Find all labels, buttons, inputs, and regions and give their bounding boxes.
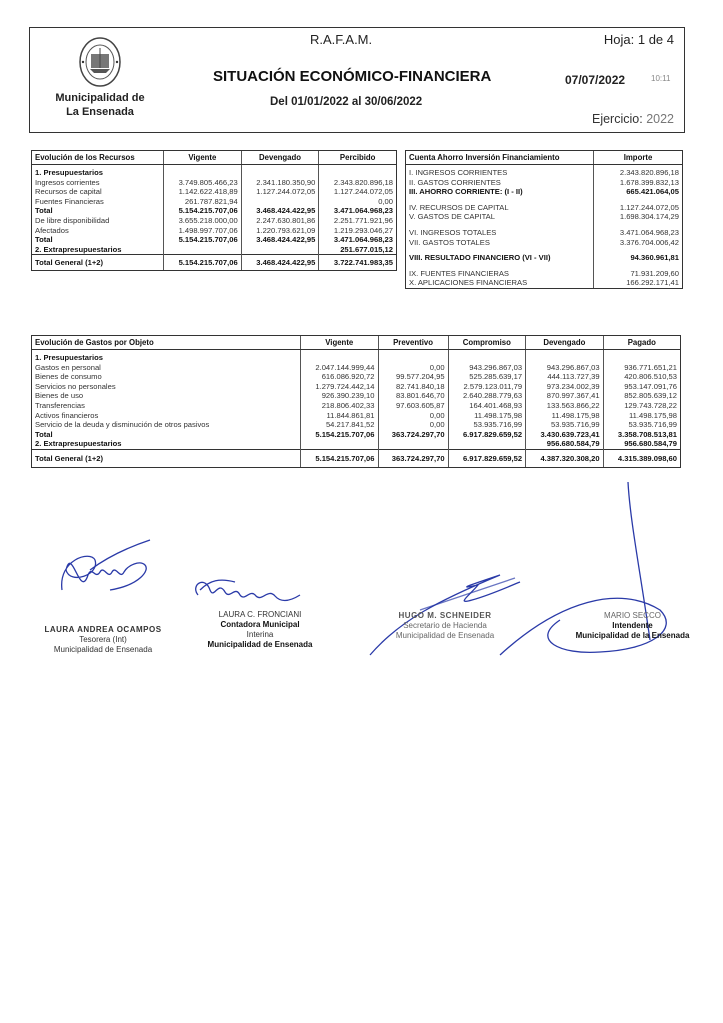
signer-name: LAURA C. FRONCIANI — [190, 610, 330, 620]
signature-block-secretario: HUGO M. SCHNEIDER Secretario de Hacienda… — [370, 611, 520, 641]
signer-org: Municipalidad de Ensenada — [370, 631, 520, 641]
signer-role: Contadora Municipal — [190, 620, 330, 630]
signatures-ink — [0, 0, 723, 1023]
signer-role: Tesorera (Int) — [28, 635, 178, 645]
signature-block-contadora: LAURA C. FRONCIANI Contadora Municipal I… — [190, 610, 330, 650]
signer-org: Municipalidad de Ensenada — [28, 645, 178, 655]
signer-name: MARIO SECCO — [560, 611, 705, 621]
signer-role: Intendente — [560, 621, 705, 631]
signer-org: Municipalidad de la Ensenada — [560, 631, 705, 641]
signer-role-2: Interina — [190, 630, 330, 640]
signer-name: LAURA ANDREA OCAMPOS — [28, 625, 178, 635]
signature-block-intendente: MARIO SECCO Intendente Municipalidad de … — [560, 611, 705, 641]
signer-role: Secretario de Hacienda — [370, 621, 520, 631]
signer-org: Municipalidad de Ensenada — [190, 640, 330, 650]
signature-block-tesorera: LAURA ANDREA OCAMPOS Tesorera (Int) Muni… — [28, 625, 178, 655]
signer-name: HUGO M. SCHNEIDER — [370, 611, 520, 621]
